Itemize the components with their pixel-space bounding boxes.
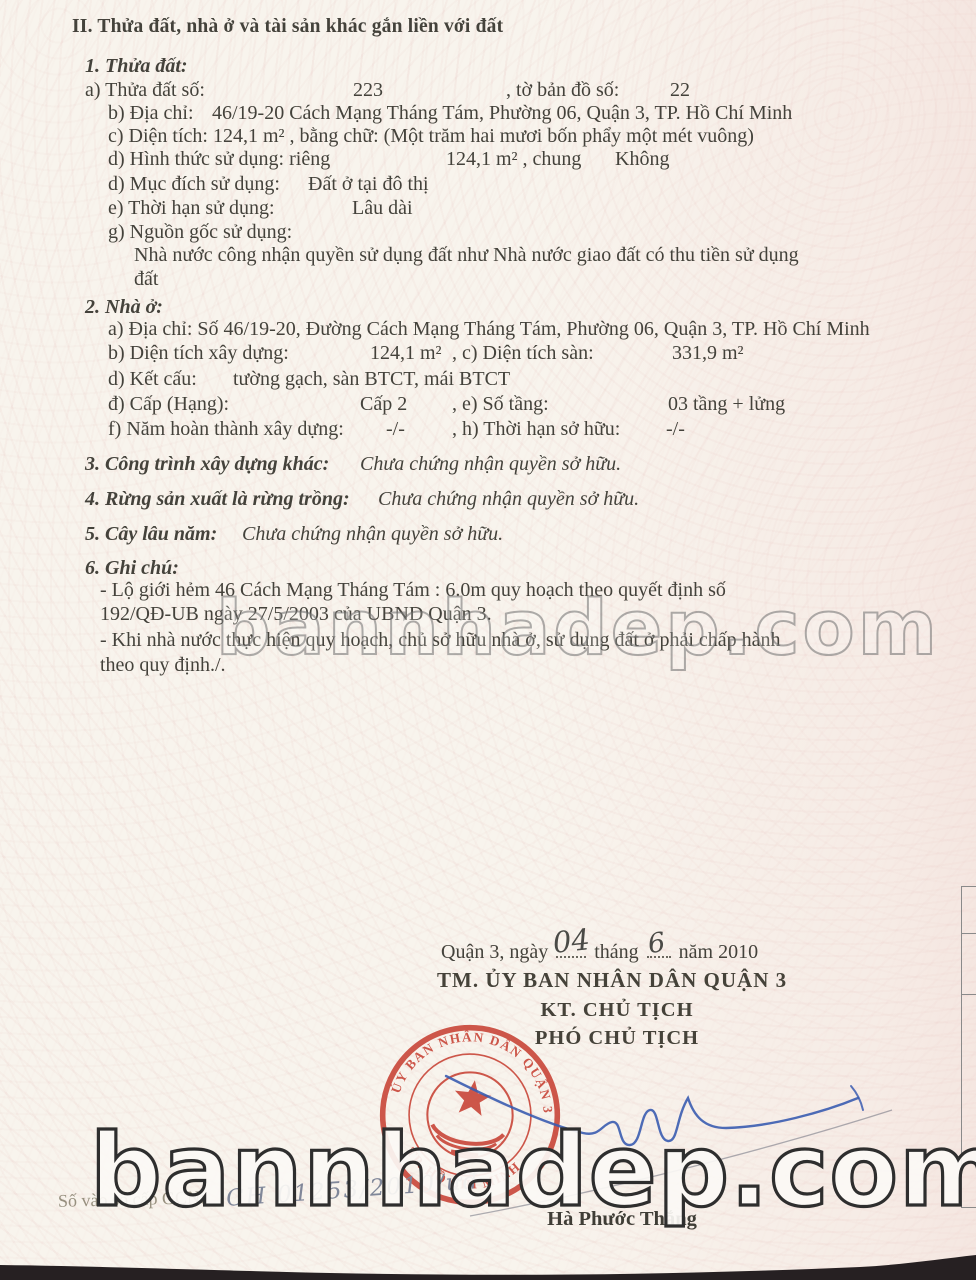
house-tenure-value: -/- (666, 418, 685, 440)
signer-name: Hà Phước Thắng (437, 1208, 807, 1231)
adjacent-table-row (962, 887, 976, 934)
land-use-form-private-value: 124,1 m² , chung (446, 148, 581, 170)
scan-edge-shape (0, 1255, 976, 1280)
other-construction-value: Chưa chứng nhận quyền sở hữu. (360, 453, 621, 475)
notes-heading: 6. Ghi chú: (85, 557, 179, 579)
house-structure-value: tường gạch, sàn BTCT, mái BTCT (233, 368, 510, 390)
house-floors-label: , e) Số tầng: (452, 393, 549, 415)
date-month-handwritten: 6 (646, 928, 667, 960)
land-map-sheet-label: , tờ bản đồ số: (506, 79, 619, 101)
adjacent-page-table (961, 886, 976, 1208)
land-term-label: e) Thời hạn sử dụng: (108, 197, 275, 219)
national-emblem-star (452, 1078, 493, 1117)
house-section-heading: 2. Nhà ở: (85, 296, 163, 318)
house-floor-area-value: 331,9 m² (672, 342, 744, 364)
land-origin-line2: đất (134, 268, 158, 290)
signature-end-stroke (851, 1086, 863, 1110)
perennial-heading: 5. Cây lâu năm: (85, 523, 217, 545)
land-parcel-label: a) Thửa đất số: (85, 79, 205, 101)
date-day-handwritten: 04 (551, 924, 591, 960)
house-build-area-value: 124,1 m² (370, 342, 442, 364)
land-origin-line1: Nhà nước công nhận quyền sử dụng đất như… (134, 244, 799, 266)
land-area-line: c) Diện tích: 124,1 m² , bằng chữ: (Một … (108, 125, 754, 147)
land-purpose-label: d) Mục đích sử dụng: (108, 173, 280, 195)
house-year-value: -/- (386, 418, 405, 440)
note-line-1: - Lộ giới hẻm 46 Cách Mạng Tháng Tám : 6… (100, 579, 726, 601)
date-month-word: tháng (594, 941, 638, 963)
date-year-text: năm 2010 (679, 941, 758, 963)
house-build-area-label: b) Diện tích xây dựng: (108, 342, 289, 364)
note-line-4: theo quy định./. (100, 654, 226, 676)
land-address-value: 46/19-20 Cách Mạng Tháng Tám, Phường 06,… (212, 102, 792, 124)
section-ii-title: II. Thửa đất, nhà ở và tài sản khác gắn … (72, 16, 503, 37)
forest-value: Chưa chứng nhận quyền sở hữu. (378, 488, 639, 510)
house-floor-area-label: , c) Diện tích sàn: (452, 342, 594, 364)
registry-label: Số vào sổ cấp GCN: (58, 1188, 205, 1212)
land-parcel-number: 223 (353, 79, 383, 101)
note-line-2: 192/QĐ-UB ngày 27/5/2003 của UBND Quận 3… (100, 603, 492, 625)
sign-date-line: Quận 3, ngày tháng năm 2010 (441, 941, 758, 963)
house-year-label: f) Năm hoàn thành xây dựng: (108, 418, 344, 440)
land-origin-label: g) Nguồn gốc sử dụng: (108, 221, 292, 243)
house-tenure-label: , h) Thời hạn sở hữu: (452, 418, 620, 440)
perennial-value: Chưa chứng nhận quyền sở hữu. (242, 523, 503, 545)
house-structure-label: d) Kết cấu: (108, 368, 197, 390)
document-page: II. Thửa đất, nhà ở và tài sản khác gắn … (0, 0, 976, 1280)
land-address-label: b) Địa chỉ: (108, 102, 194, 124)
note-line-3: - Khi nhà nước thực hiện quy hoạch, chủ … (100, 629, 781, 651)
adjacent-table-row (962, 995, 976, 1208)
forest-heading: 4. Rừng sản xuất là rừng trồng: (85, 488, 350, 510)
other-construction-heading: 3. Công trình xây dựng khác: (85, 453, 329, 475)
adjacent-table-row (962, 934, 976, 995)
house-address-line: a) Địa chỉ: Số 46/19-20, Đường Cách Mạng… (108, 318, 870, 340)
date-prefix: Quận 3, ngày (441, 941, 548, 963)
land-section-heading: 1. Thửa đất: (85, 55, 188, 77)
land-use-form-label: d) Hình thức sử dụng: riêng (108, 148, 330, 170)
land-term-value: Lâu dài (352, 197, 413, 219)
house-grade-label: đ) Cấp (Hạng): (108, 393, 229, 415)
land-use-form-common-value: Không (615, 148, 669, 170)
land-purpose-value: Đất ở tại đô thị (308, 173, 429, 195)
land-map-sheet-number: 22 (670, 79, 690, 101)
house-grade-value: Cấp 2 (360, 393, 407, 415)
authority-line: TM. ỦY BAN NHÂN DÂN QUẬN 3 (437, 969, 787, 992)
house-floors-value: 03 tầng + lửng (668, 393, 785, 415)
